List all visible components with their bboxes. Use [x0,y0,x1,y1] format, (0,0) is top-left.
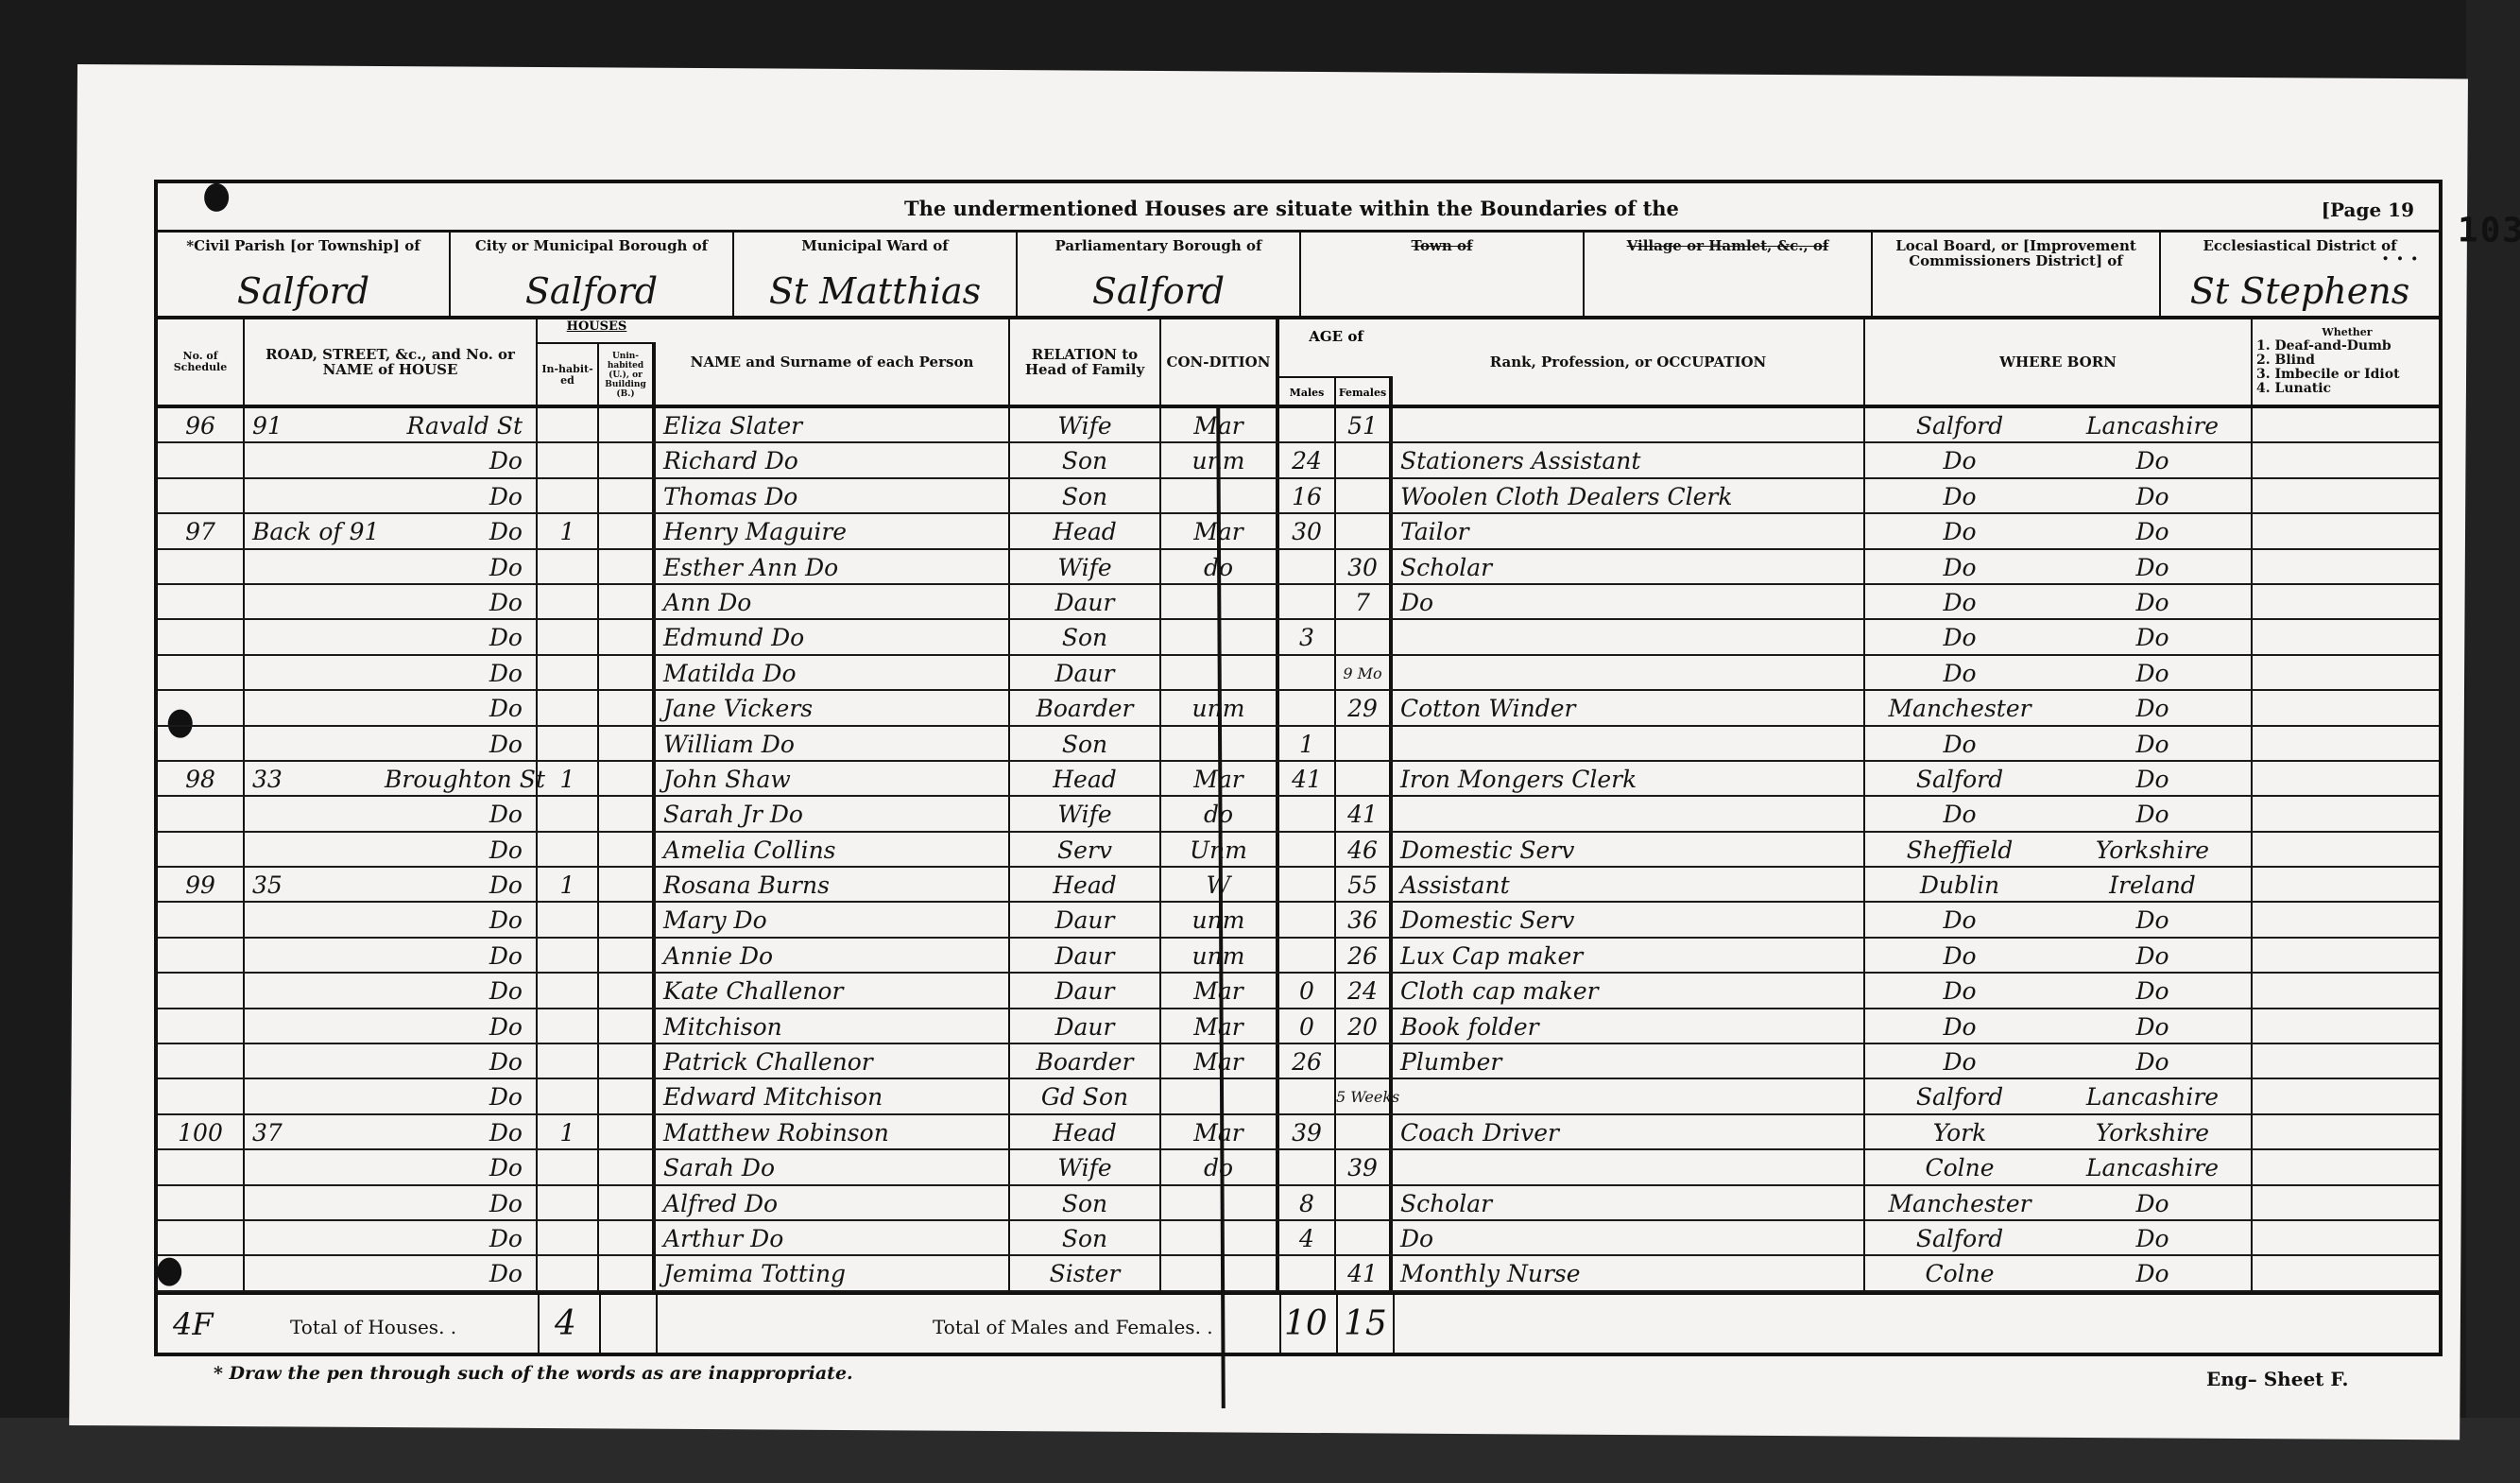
schedule-cell [158,1009,245,1043]
female-age-cell: 36 [1336,903,1393,936]
occupation-cell: Stationers Assistant [1393,443,1865,476]
born-county-cell: Do [2054,514,2253,547]
col-infirmities: Whether 1. Deaf-and-Dumb 2. Blind 3. Imb… [2253,319,2442,405]
inhabited-cell [538,408,599,441]
district-municipal-ward: Municipal Ward of St Matthias [734,233,1018,316]
infirmity-cell [2253,762,2442,795]
house-number-cell [245,833,377,866]
house-number-cell [245,585,377,618]
road-cell: Do [377,479,538,512]
infirmity-cell [2253,1044,2442,1078]
infirmity-cell [2253,833,2442,866]
road-cell: Do [377,691,538,724]
born-county-cell: Do [2054,479,2253,512]
female-age-cell [1336,1115,1393,1148]
inhabited-cell [538,1150,599,1183]
uninhabited-cell [599,443,656,476]
schedule-cell [158,443,245,476]
occupation-cell: Cotton Winder [1393,691,1865,724]
person-name-cell: Annie Do [656,939,1010,972]
relation-cell: Head [1010,1115,1161,1148]
house-number-cell [245,550,377,583]
schedule-cell [158,1044,245,1078]
uninhabited-cell [599,550,656,583]
inhabited-cell [538,939,599,972]
relation-cell: Wife [1010,797,1161,830]
schedule-cell [158,974,245,1007]
occupation-cell [1393,620,1865,653]
infirmity-cell [2253,620,2442,653]
female-age-cell: 9 Mo [1336,656,1393,689]
infirmity-cell [2253,939,2442,972]
relation-cell: Son [1010,727,1161,760]
female-age-cell [1336,1044,1393,1078]
born-county-cell: Do [2054,727,2253,760]
uninhabited-cell [599,868,656,901]
born-county-cell: Do [2054,1009,2253,1043]
person-name-cell: Matthew Robinson [656,1115,1010,1148]
infirmity-cell [2253,585,2442,618]
schedule-cell [158,550,245,583]
road-cell: Do [377,974,538,1007]
table-row: DoArthur DoSon4DoSalfordDo [158,1221,2439,1256]
table-row: DoAnnie DoDaurunm26Lux Cap makerDoDo [158,939,2439,974]
relation-cell: Head [1010,514,1161,547]
born-county-cell: Yorkshire [2054,833,2253,866]
total-males-value: 10 [1284,1304,1328,1343]
uninhabited-cell [599,762,656,795]
uninhabited-cell [599,974,656,1007]
female-age-cell [1336,479,1393,512]
male-age-cell [1279,939,1336,972]
female-age-cell: 41 [1336,1256,1393,1289]
male-age-cell [1279,1256,1336,1289]
house-number-cell [245,1009,377,1043]
relation-cell: Daur [1010,1009,1161,1043]
occupation-cell: Do [1393,1221,1865,1254]
schedule-cell [158,1079,245,1112]
inhabited-cell [538,1256,599,1289]
table-row: DoMitchisonDaurMar020Book folderDoDo [158,1009,2439,1044]
house-number-cell [245,727,377,760]
house-number-cell: 35 [245,868,377,901]
col-age: AGE of [1279,319,1393,378]
road-cell: Do [377,550,538,583]
total-houses-value: 4 [555,1304,576,1343]
person-name-cell: Mitchison [656,1009,1010,1043]
schedule-cell [158,479,245,512]
person-name-cell: William Do [656,727,1010,760]
infirmity-cell [2253,1186,2442,1219]
infirmity-cell [2253,1150,2442,1183]
born-town-cell: Salford [1865,1221,2054,1254]
occupation-cell: Assistant [1393,868,1865,901]
person-name-cell: Edmund Do [656,620,1010,653]
schedule-cell [158,727,245,760]
born-town-cell: Do [1865,620,2054,653]
col-females: Females [1336,378,1393,408]
relation-cell: Son [1010,620,1161,653]
road-cell: Do [377,903,538,936]
road-cell: Do [377,656,538,689]
person-name-cell: Jemima Totting [656,1256,1010,1289]
house-number-cell: Back of 91 [245,514,377,547]
relation-cell: Head [1010,868,1161,901]
schedule-cell [158,1256,245,1289]
occupation-cell [1393,797,1865,830]
born-county-cell: Do [2054,974,2253,1007]
occupation-cell: Cloth cap maker [1393,974,1865,1007]
uninhabited-cell [599,1044,656,1078]
female-age-cell [1336,443,1393,476]
occupation-cell: Do [1393,585,1865,618]
schedule-cell [158,1221,245,1254]
born-town-cell: Salford [1865,408,2054,441]
house-number-cell: 33 [245,762,377,795]
road-cell: Do [377,443,538,476]
road-cell: Do [377,1221,538,1254]
road-cell: Do [377,833,538,866]
table-row: DoEdward MitchisonGd Son5 WeeksSalfordLa… [158,1079,2439,1114]
inhabited-cell [538,797,599,830]
female-age-cell: 20 [1336,1009,1393,1043]
occupation-cell: Plumber [1393,1044,1865,1078]
inhabited-cell [538,691,599,724]
person-name-cell: Rosana Burns [656,868,1010,901]
relation-cell: Daur [1010,903,1161,936]
infirmity-cell [2253,514,2442,547]
person-name-cell: Sarah Jr Do [656,797,1010,830]
occupation-cell: Scholar [1393,550,1865,583]
born-town-cell: Do [1865,479,2054,512]
inhabited-cell [538,1009,599,1043]
male-age-cell: 30 [1279,514,1336,547]
road-cell: Do [377,1044,538,1078]
born-county-cell: Do [2054,903,2253,936]
schedule-cell: 98 [158,762,245,795]
inhabited-cell [538,550,599,583]
uninhabited-cell [599,1079,656,1112]
male-age-cell: 0 [1279,974,1336,1007]
relation-cell: Daur [1010,656,1161,689]
born-town-cell: Manchester [1865,1186,2054,1219]
occupation-cell: Coach Driver [1393,1115,1865,1148]
household-rows: 9691Ravald StEliza SlaterWifeMar51Salfor… [158,408,2439,1292]
relation-cell: Head [1010,762,1161,795]
table-row: 97Back of 91Do1Henry MaguireHeadMar30Tai… [158,514,2439,549]
born-county-cell: Do [2054,443,2253,476]
schedule-cell [158,833,245,866]
schedule-cell [158,585,245,618]
person-name-cell: Edward Mitchison [656,1079,1010,1112]
female-age-cell: 55 [1336,868,1393,901]
page-label: [Page 19 [2322,198,2414,221]
female-age-cell [1336,514,1393,547]
table-row: DoThomas DoSon16Woolen Cloth Dealers Cle… [158,479,2439,514]
uninhabited-cell [599,514,656,547]
house-number-cell [245,691,377,724]
road-cell: Do [377,1186,538,1219]
district-ecclesiastical: Ecclesiastical District of St Stephens [2161,233,2439,316]
table-row: DoWilliam DoSon1DoDo [158,727,2439,762]
relation-cell: Wife [1010,1150,1161,1183]
road-cell: Do [377,1115,538,1148]
relation-cell: Gd Son [1010,1079,1161,1112]
inhabited-cell [538,620,599,653]
table-row: DoAlfred DoSon8ScholarManchesterDo [158,1186,2439,1221]
occupation-cell: Woolen Cloth Dealers Clerk [1393,479,1865,512]
census-table: The undermentioned Houses are situate wi… [154,180,2443,1356]
occupation-cell [1393,727,1865,760]
page-title: The undermentioned Houses are situate wi… [904,197,1679,220]
schedule-cell [158,1186,245,1219]
col-where-born: WHERE BORN [1865,319,2253,405]
relation-cell: Wife [1010,408,1161,441]
infirmity-cell [2253,1115,2442,1148]
road-cell: Do [377,868,538,901]
male-age-cell [1279,868,1336,901]
uninhabited-cell [599,939,656,972]
female-age-cell [1336,1186,1393,1219]
born-county-cell: Lancashire [2054,1150,2253,1183]
col-name: NAME and Surname of each Person [656,319,1010,405]
house-number-cell [245,1150,377,1183]
sheet-number: 103 [2458,211,2520,250]
inhabited-cell [538,443,599,476]
person-name-cell: Jane Vickers [656,691,1010,724]
inhabited-cell [538,1079,599,1112]
road-cell: Do [377,939,538,972]
person-name-cell: Eliza Slater [656,408,1010,441]
road-cell: Do [377,1150,538,1183]
table-row: DoEdmund DoSon3DoDo [158,620,2439,655]
relation-cell: Serv [1010,833,1161,866]
relation-cell: Son [1010,1186,1161,1219]
table-row: DoJane VickersBoarderunm29Cotton WinderM… [158,691,2439,726]
house-number-cell [245,1186,377,1219]
occupation-cell: Iron Mongers Clerk [1393,762,1865,795]
occupation-cell: Domestic Serv [1393,833,1865,866]
person-name-cell: Arthur Do [656,1221,1010,1254]
born-town-cell: Do [1865,939,2054,972]
tally-mark: 4F [173,1306,214,1342]
table-row: DoSarah DoWifedo39ColneLancashire [158,1150,2439,1185]
female-age-cell: 41 [1336,797,1393,830]
infirmity-cell [2253,868,2442,901]
uninhabited-cell [599,479,656,512]
totals-row: 4F Total of Houses. . 4 Total of Males a… [158,1292,2439,1356]
inhabited-cell [538,974,599,1007]
schedule-cell: 99 [158,868,245,901]
person-name-cell: Richard Do [656,443,1010,476]
person-name-cell: Amelia Collins [656,833,1010,866]
uninhabited-cell [599,1009,656,1043]
relation-cell: Boarder [1010,691,1161,724]
col-condition: CON-DITION [1161,319,1279,405]
inhabited-cell: 1 [538,762,599,795]
uninhabited-cell [599,833,656,866]
person-name-cell: Kate Challenor [656,974,1010,1007]
person-name-cell: Esther Ann Do [656,550,1010,583]
person-name-cell: Mary Do [656,903,1010,936]
house-number-cell [245,1044,377,1078]
inhabited-cell: 1 [538,1115,599,1148]
occupation-cell: Tailor [1393,514,1865,547]
road-cell: Do [377,514,538,547]
born-town-cell: Colne [1865,1256,2054,1289]
district-civil-parish: *Civil Parish [or Township] of Salford [158,233,451,316]
schedule-cell [158,797,245,830]
table-row: DoPatrick ChallenorBoarderMar26PlumberDo… [158,1044,2439,1079]
female-age-cell: 30 [1336,550,1393,583]
person-name-cell: Patrick Challenor [656,1044,1010,1078]
uninhabited-cell [599,620,656,653]
male-age-cell [1279,1150,1336,1183]
born-town-cell: York [1865,1115,2054,1148]
person-name-cell: Sarah Do [656,1150,1010,1183]
house-number-cell [245,903,377,936]
inhabited-cell [538,479,599,512]
infirmity-cell [2253,974,2442,1007]
born-county-cell: Do [2054,762,2253,795]
born-county-cell: Do [2054,939,2253,972]
table-row: DoJemima TottingSister41Monthly NurseCol… [158,1256,2439,1291]
schedule-cell [158,903,245,936]
male-age-cell: 24 [1279,443,1336,476]
person-name-cell: Matilda Do [656,656,1010,689]
occupation-cell: Lux Cap maker [1393,939,1865,972]
road-cell: Do [377,797,538,830]
house-number-cell [245,797,377,830]
inhabited-cell [538,833,599,866]
relation-cell: Daur [1010,974,1161,1007]
born-town-cell: Do [1865,585,2054,618]
house-number-cell [245,939,377,972]
born-county-cell: Lancashire [2054,1079,2253,1112]
born-county-cell: Yorkshire [2054,1115,2253,1148]
table-row: DoKate ChallenorDaurMar024Cloth cap make… [158,974,2439,1009]
road-cell: Do [377,727,538,760]
born-town-cell: Manchester [1865,691,2054,724]
road-cell: Do [377,1009,538,1043]
house-number-cell [245,620,377,653]
relation-cell: Son [1010,479,1161,512]
infirmity-cell [2253,550,2442,583]
born-town-cell: Salford [1865,762,2054,795]
male-age-cell: 4 [1279,1221,1336,1254]
relation-cell: Daur [1010,585,1161,618]
occupation-cell: Scholar [1393,1186,1865,1219]
female-age-cell: 26 [1336,939,1393,972]
infirmity-cell [2253,691,2442,724]
born-town-cell: Do [1865,1044,2054,1078]
male-age-cell: 8 [1279,1186,1336,1219]
road-cell: Do [377,1079,538,1112]
table-row: DoMary DoDaurunm36Domestic ServDoDo [158,903,2439,938]
relation-cell: Son [1010,443,1161,476]
male-age-cell [1279,656,1336,689]
sheet-label: Eng– Sheet F. [2206,1368,2349,1390]
inhabited-cell [538,656,599,689]
person-name-cell: Henry Maguire [656,514,1010,547]
occupation-cell: Monthly Nurse [1393,1256,1865,1289]
column-headers: No. of Schedule ROAD, STREET, &c., and N… [158,319,2439,408]
total-houses-label: Total of Houses. . [290,1316,456,1338]
infirmity-cell [2253,656,2442,689]
col-schedule: No. of Schedule [158,319,245,405]
road-cell: Do [377,585,538,618]
male-age-cell [1279,691,1336,724]
district-row: *Civil Parish [or Township] of Salford C… [158,233,2439,319]
born-county-cell: Do [2054,585,2253,618]
schedule-cell [158,691,245,724]
table-row: DoRichard DoSonunm24Stationers Assistant… [158,443,2439,478]
col-uninhabited: Unin-habited (U.), or Building (B.) [599,342,656,408]
female-age-cell [1336,762,1393,795]
born-county-cell: Do [2054,656,2253,689]
relation-cell: Wife [1010,550,1161,583]
male-age-cell [1279,833,1336,866]
schedule-cell: 96 [158,408,245,441]
inhabited-cell [538,1186,599,1219]
table-row: 9935Do1Rosana BurnsHeadW55AssistantDubli… [158,868,2439,903]
female-age-cell [1336,1221,1393,1254]
district-local-board: Local Board, or [Improvement Commissione… [1873,233,2161,316]
female-age-cell: 7 [1336,585,1393,618]
table-row: 10037Do1Matthew RobinsonHeadMar39Coach D… [158,1115,2439,1150]
male-age-cell [1279,585,1336,618]
male-age-cell [1279,408,1336,441]
occupation-cell: Book folder [1393,1009,1865,1043]
schedule-cell [158,1150,245,1183]
total-persons-label: Total of Males and Females. . [933,1316,1213,1338]
male-age-cell [1279,1079,1336,1112]
table-row: 9833Broughton St1John ShawHeadMar41Iron … [158,762,2439,797]
occupation-cell [1393,1150,1865,1183]
house-number-cell [245,1079,377,1112]
footnote: * Draw the pen through such of the words… [214,1363,853,1384]
schedule-cell [158,656,245,689]
col-inhabited: In-habit-ed [538,342,599,408]
born-county-cell: Do [2054,550,2253,583]
col-males: Males [1279,378,1336,408]
road-cell: Do [377,620,538,653]
inhabited-cell [538,903,599,936]
born-county-cell: Do [2054,797,2253,830]
male-age-cell [1279,550,1336,583]
schedule-cell [158,620,245,653]
born-county-cell: Lancashire [2054,408,2253,441]
road-cell: Do [377,1256,538,1289]
inhabited-cell [538,727,599,760]
born-town-cell: Do [1865,903,2054,936]
born-county-cell: Do [2054,1256,2253,1289]
born-town-cell: Do [1865,550,2054,583]
male-age-cell: 41 [1279,762,1336,795]
born-town-cell: Do [1865,656,2054,689]
uninhabited-cell [599,408,656,441]
house-number-cell: 91 [245,408,377,441]
occupation-cell [1393,1079,1865,1112]
col-houses: HOUSES [538,319,656,344]
road-cell: Broughton St [377,762,538,795]
uninhabited-cell [599,797,656,830]
female-age-cell: 39 [1336,1150,1393,1183]
born-town-cell: Do [1865,727,2054,760]
uninhabited-cell [599,656,656,689]
born-county-cell: Do [2054,620,2253,653]
col-occupation: Rank, Profession, or OCCUPATION [1393,319,1865,405]
